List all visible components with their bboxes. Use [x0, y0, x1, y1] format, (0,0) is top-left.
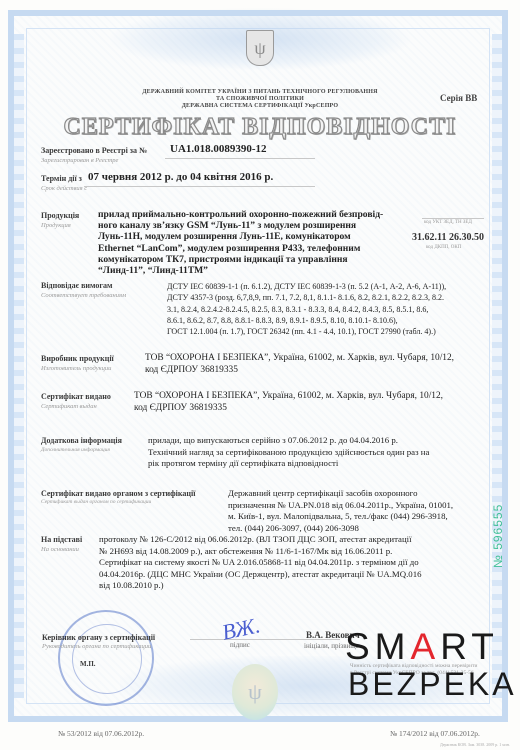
issued-by-info: Державний центр сертифікації засобів охо…	[228, 488, 498, 535]
head-label-ru: Руководитель органа по сертификации	[42, 643, 151, 650]
additional-info-label: Додаткова інформація	[41, 436, 122, 445]
basis-label-ru: На основании	[41, 546, 79, 553]
document-title: СЕРТИФІКАТ ВІДПОВІДНОСТІ	[0, 114, 520, 141]
bezpeka-wordmark: BEZPEKA	[348, 666, 517, 703]
signature-caption: підпис	[230, 641, 250, 649]
issued-to-info: ТОВ “ОХОРОНА І БЕЗПЕКА”, Україна, 61002,…	[134, 390, 504, 414]
validity-label-ru: Срок действия с	[41, 185, 87, 192]
manufacturer-label: Виробник продукції	[41, 354, 114, 363]
codes-label-top: код УКТ ЗЕД, ТН ЗЕД	[424, 220, 472, 225]
registration-label: Зареєстровано в Реєстрі за №	[41, 146, 147, 155]
series-label: Серія ВВ	[440, 93, 477, 103]
codes-underline	[422, 218, 484, 219]
additional-info-text: прилади, що випускаються серійно з 07.06…	[148, 435, 498, 470]
product-description: прилад приймально-контрольний охоронно-п…	[98, 209, 418, 276]
product-label-ru: Продукция	[41, 222, 71, 229]
manufacturer-label-ru: Изготовитель продукции	[41, 365, 111, 372]
validity-label: Термін дії з	[41, 174, 82, 183]
compliance-standards: ДСТУ IEC 60839-1-1 (п. 6.1.2), ДСТУ IEC …	[167, 281, 497, 337]
form-number-left: № 53/2012 від 07.06.2012р.	[58, 729, 144, 738]
codes-label-bottom: код ДКПП, ОКП	[426, 245, 461, 250]
registration-number: UA1.018.0089390-12	[170, 144, 267, 155]
serial-number: № 596555	[491, 504, 505, 568]
registration-label-ru: Зарегистрирован в Реестре	[41, 157, 118, 164]
head-label: Керівник органу з сертифікації	[42, 633, 155, 642]
validity-underline	[84, 186, 315, 187]
compliance-label: Відповідає вимогам	[41, 281, 112, 290]
hologram-trident-icon: ψ	[232, 664, 278, 720]
form-number-right: № 174/2012 від 07.06.2012р.	[390, 729, 480, 738]
issued-to-label-ru: Сертификат выдан	[41, 403, 97, 410]
manufacturer-info: ТОВ “ОХОРОНА І БЕЗПЕКА”, Україна, 61002,…	[145, 352, 505, 376]
issued-by-label: Сертифікат видано органом з сертифікації	[41, 489, 195, 498]
official-seal	[58, 610, 154, 706]
basis-info: протоколу № 126-С/2012 від 06.06.2012р. …	[99, 534, 499, 592]
validity-period: 07 червня 2012 р. до 04 квітня 2016 р.	[88, 172, 273, 183]
issued-by-label-ru: Сертификат выдан органом по сертификации	[41, 499, 151, 505]
trident-icon: ψ	[246, 30, 274, 66]
registration-underline	[165, 158, 315, 159]
product-label: Продукція	[41, 211, 79, 220]
issued-to-label: Сертифікат видано	[41, 392, 111, 401]
compliance-label-ru: Соответствует требованиям	[41, 292, 126, 299]
issuer-line-3: ДЕРЖАВНА СИСТЕМА СЕРТИФІКАЦІЇ УкрСЕПРО	[0, 103, 520, 109]
seal-label: М.П.	[80, 660, 96, 668]
product-codes: 31.62.11 26.30.50	[412, 232, 484, 243]
smart-bezpeka-logo: SMART	[345, 626, 499, 668]
basis-label: На підставі	[41, 535, 82, 544]
padlock-icon: A	[411, 626, 441, 668]
additional-info-label-ru: Дополнительная информация	[41, 447, 110, 453]
certificate-page: ψ ДЕРЖАВНИЙ КОМІТЕТ УКРАЇНИ З ПИТАНЬ ТЕХ…	[0, 0, 520, 750]
printer-note: Держзнак КОВ. Зам. 3038. 2009 р. 1 млн.	[440, 742, 510, 747]
